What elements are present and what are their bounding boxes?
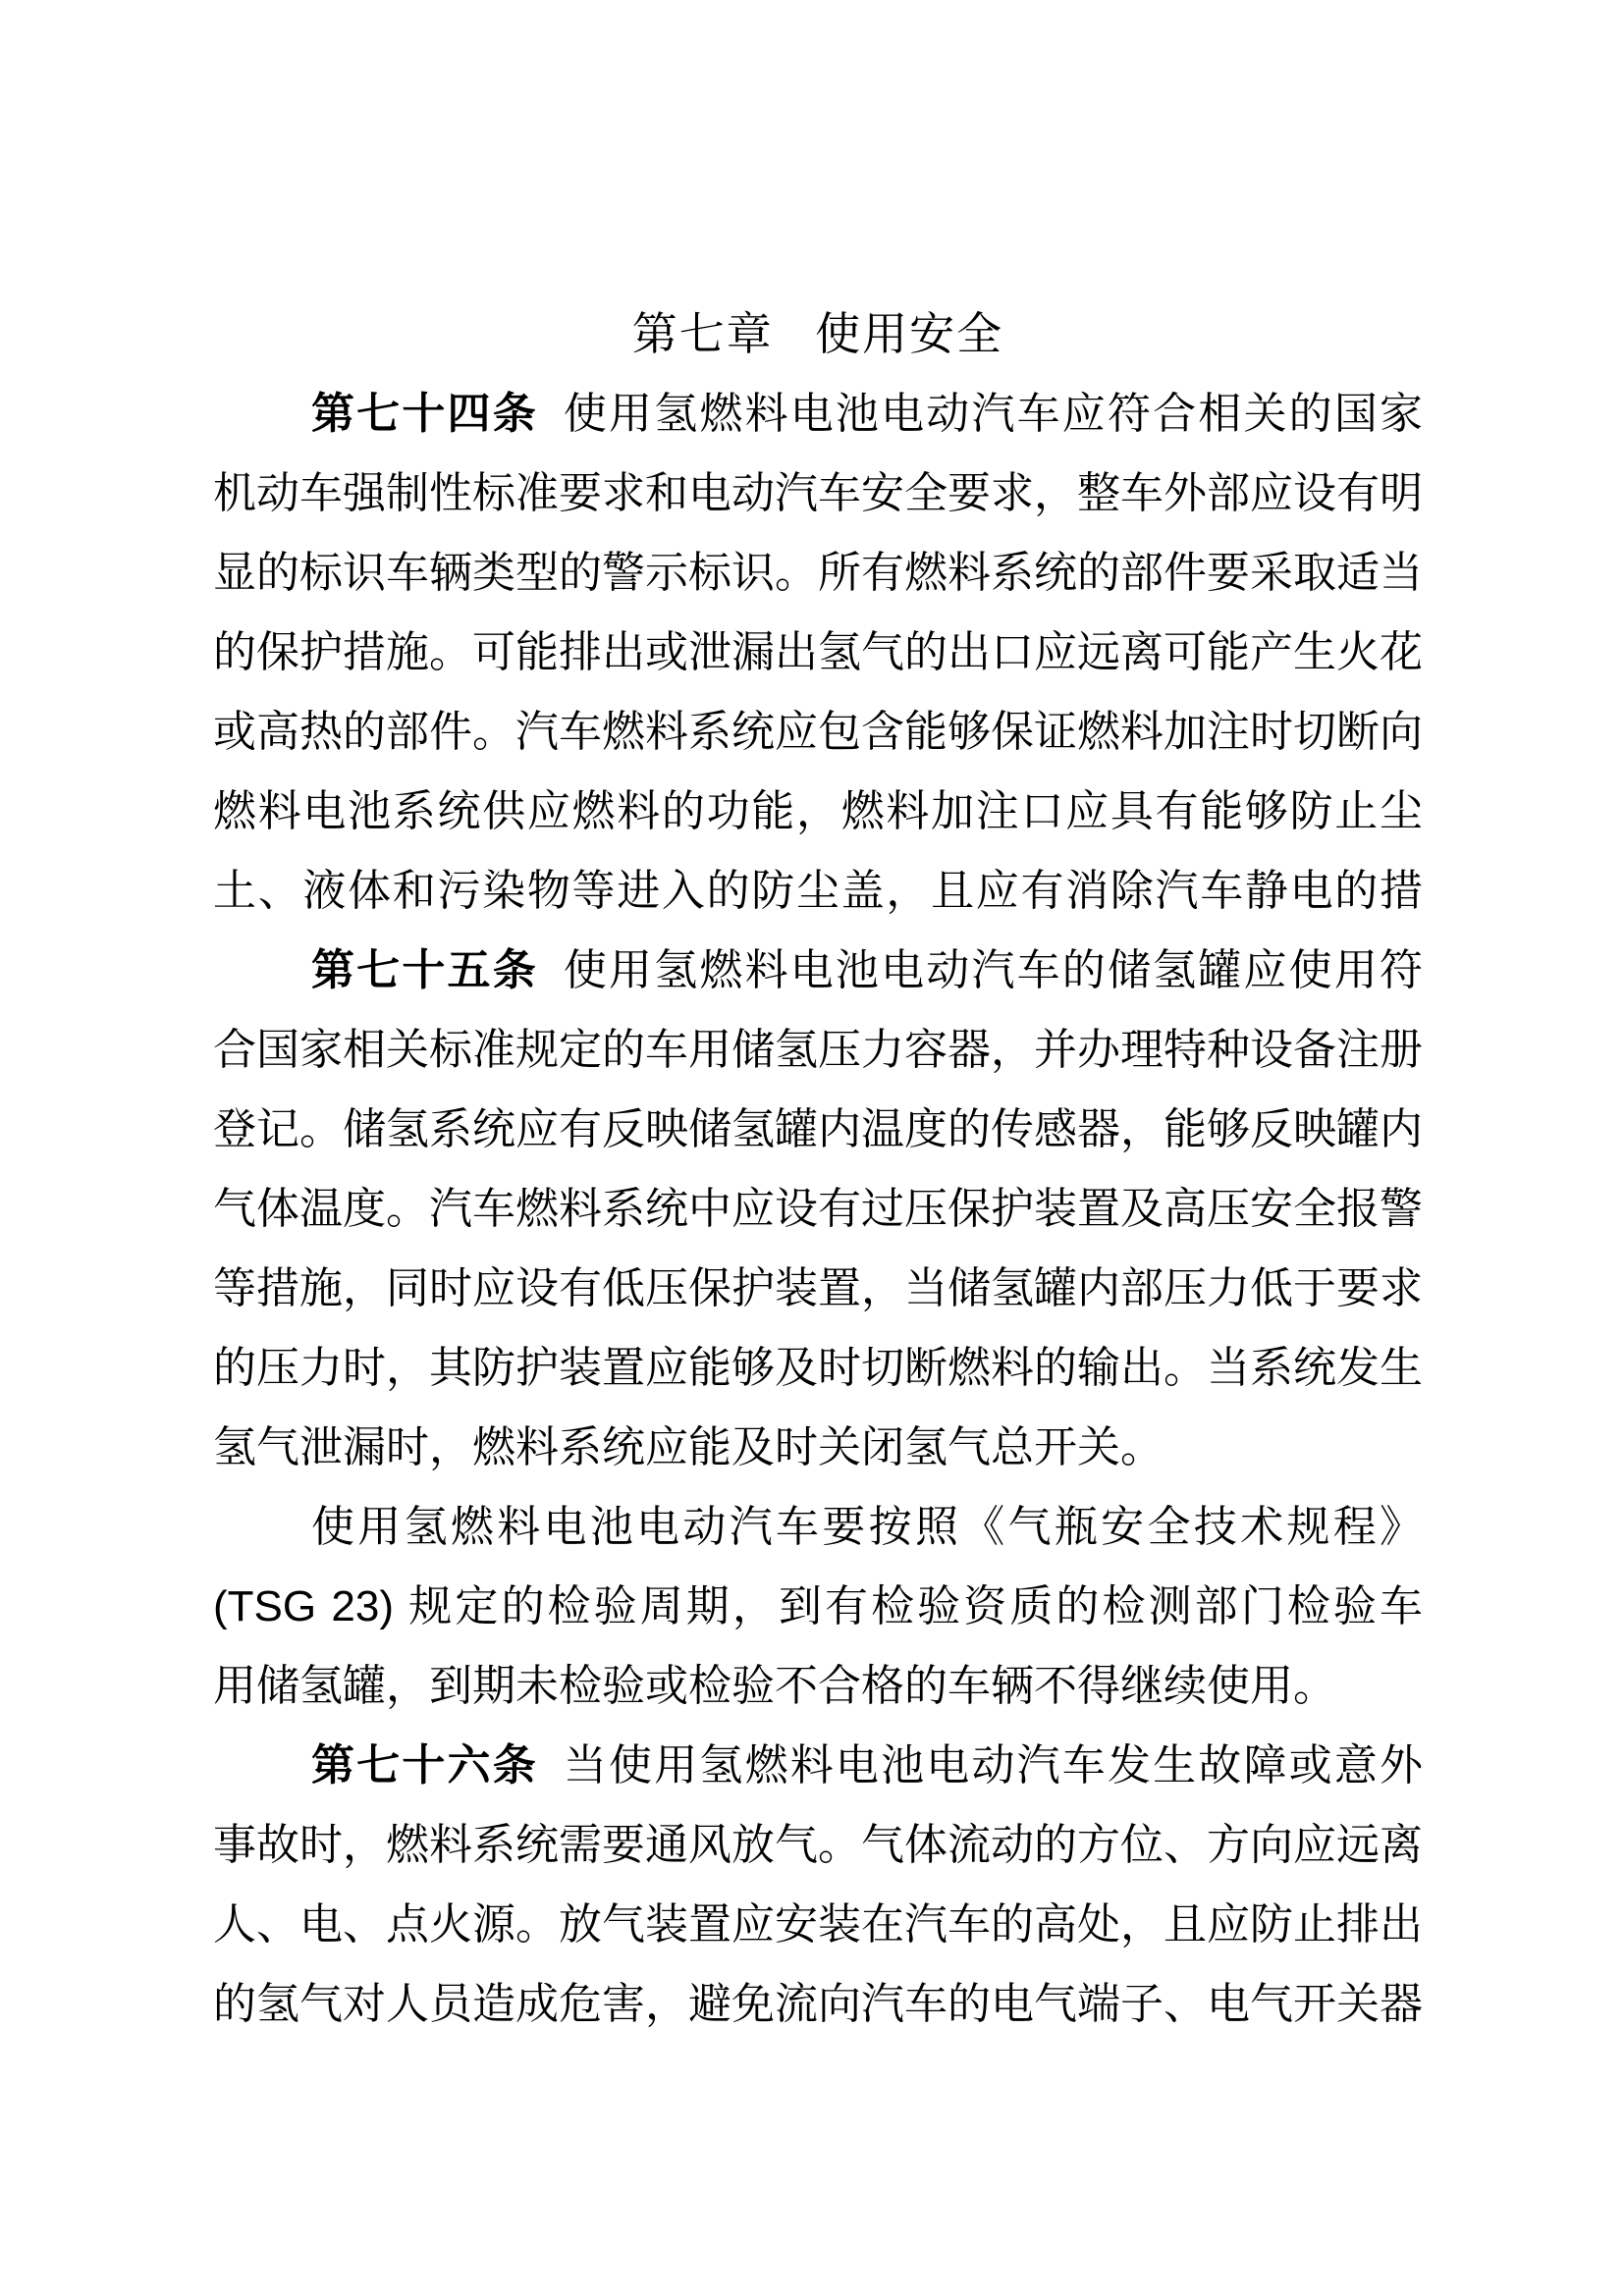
line-text: 用储氢罐，到期未检验或检验不合格的车辆不得继续使用。	[213, 1662, 1336, 1710]
body-line: 第七十五条使用氢燃料电池电动汽车的储氢罐应使用符	[213, 931, 1423, 1010]
line-text: 气体温度。汽车燃料系统中应设有过压保护装置及高压安全报警	[213, 1185, 1423, 1233]
body-line: 机动车强制性标准要求和电动汽车安全要求，整车外部应设有明	[213, 454, 1423, 533]
line-text: 燃料电池系统供应燃料的功能，燃料加注口应具有能够防止尘	[213, 787, 1423, 835]
line-text: 使用氢燃料电池电动汽车要按照《气瓶安全技术规程》	[311, 1503, 1423, 1551]
body-line: 显的标识车辆类型的警示标识。所有燃料系统的部件要采取适当	[213, 533, 1423, 613]
line-text: 的氢气对人员造成危害，避免流向汽车的电气端子、电气开关器	[213, 1980, 1423, 2028]
line-text: 使用氢燃料电池电动汽车的储氢罐应使用符	[564, 946, 1423, 994]
line-text: 或高热的部件。汽车燃料系统应包含能够保证燃料加注时切断向	[213, 708, 1423, 756]
body-line: 第七十六条当使用氢燃料电池电动汽车发生故障或意外	[213, 1726, 1423, 1805]
line-text: 机动车强制性标准要求和电动汽车安全要求，整车外部应设有明	[213, 469, 1423, 517]
line-text: 氢气泄漏时，燃料系统应能及时关闭氢气总开关。	[213, 1423, 1164, 1471]
body-line: 用储氢罐，到期未检验或检验不合格的车辆不得继续使用。	[213, 1646, 1423, 1726]
chapter-title: 第七章 使用安全	[213, 294, 1423, 374]
body-line: (TSG 23) 规定的检验周期，到有检验资质的检测部门检验车	[213, 1567, 1423, 1646]
document-page: 第七章 使用安全 第七十四条使用氢燃料电池电动汽车应符合相关的国家机动车强制性标…	[0, 0, 1624, 2296]
body-line: 合国家相关标准规定的车用储氢压力容器，并办理特种设备注册	[213, 1010, 1423, 1090]
body-lines: 第七十四条使用氢燃料电池电动汽车应符合相关的国家机动车强制性标准要求和电动汽车安…	[213, 374, 1423, 2044]
line-text: 合国家相关标准规定的车用储氢压力容器，并办理特种设备注册	[213, 1026, 1423, 1074]
line-text: 人、电、点火源。放气装置应安装在汽车的高处，且应防止排出	[213, 1900, 1423, 1949]
article-number-label: 第七十五条	[311, 946, 538, 994]
line-text: 等措施，同时应设有低压保护装置，当储氢罐内部压力低于要求	[213, 1264, 1423, 1312]
body-line: 的压力时，其防护装置应能够及时切断燃料的输出。当系统发生	[213, 1328, 1423, 1408]
body-line: 使用氢燃料电池电动汽车要按照《气瓶安全技术规程》	[213, 1487, 1423, 1567]
line-text: 的保护措施。可能排出或泄漏出氢气的出口应远离可能产生火花	[213, 628, 1423, 676]
body-line: 的保护措施。可能排出或泄漏出氢气的出口应远离可能产生火花	[213, 613, 1423, 692]
line-text: 当使用氢燃料电池电动汽车发生故障或意外	[564, 1741, 1423, 1789]
body-line: 或高热的部件。汽车燃料系统应包含能够保证燃料加注时切断向	[213, 692, 1423, 772]
article-number-label: 第七十四条	[311, 390, 538, 438]
body-line: 气体温度。汽车燃料系统中应设有过压保护装置及高压安全报警	[213, 1169, 1423, 1249]
line-text: 土、液体和污染物等进入的防尘盖，且应有消除汽车静电的措施。	[213, 867, 1423, 931]
line-text: 事故时，燃料系统需要通风放气。气体流动的方位、方向应远离	[213, 1821, 1423, 1869]
body-line: 登记。储氢系统应有反映储氢罐内温度的传感器，能够反映罐内	[213, 1090, 1423, 1169]
text-block: 第七章 使用安全 第七十四条使用氢燃料电池电动汽车应符合相关的国家机动车强制性标…	[213, 294, 1423, 2044]
body-line: 的氢气对人员造成危害，避免流向汽车的电气端子、电气开关器	[213, 1964, 1423, 2044]
body-line: 氢气泄漏时，燃料系统应能及时关闭氢气总开关。	[213, 1408, 1423, 1487]
body-line: 等措施，同时应设有低压保护装置，当储氢罐内部压力低于要求	[213, 1249, 1423, 1328]
body-line: 事故时，燃料系统需要通风放气。气体流动的方位、方向应远离	[213, 1805, 1423, 1885]
body-line: 人、电、点火源。放气装置应安装在汽车的高处，且应防止排出	[213, 1885, 1423, 1964]
article-number-label: 第七十六条	[311, 1741, 538, 1789]
body-line: 第七十四条使用氢燃料电池电动汽车应符合相关的国家	[213, 374, 1423, 454]
line-text: (TSG 23) 规定的检验周期，到有检验资质的检测部门检验车	[213, 1582, 1423, 1630]
body-line: 燃料电池系统供应燃料的功能，燃料加注口应具有能够防止尘	[213, 772, 1423, 851]
line-text: 登记。储氢系统应有反映储氢罐内温度的传感器，能够反映罐内	[213, 1105, 1423, 1153]
line-text: 使用氢燃料电池电动汽车应符合相关的国家	[564, 390, 1423, 438]
line-text: 显的标识车辆类型的警示标识。所有燃料系统的部件要采取适当	[213, 549, 1423, 597]
body-line: 土、液体和污染物等进入的防尘盖，且应有消除汽车静电的措施。	[213, 851, 1423, 931]
line-text: 的压力时，其防护装置应能够及时切断燃料的输出。当系统发生	[213, 1344, 1423, 1392]
